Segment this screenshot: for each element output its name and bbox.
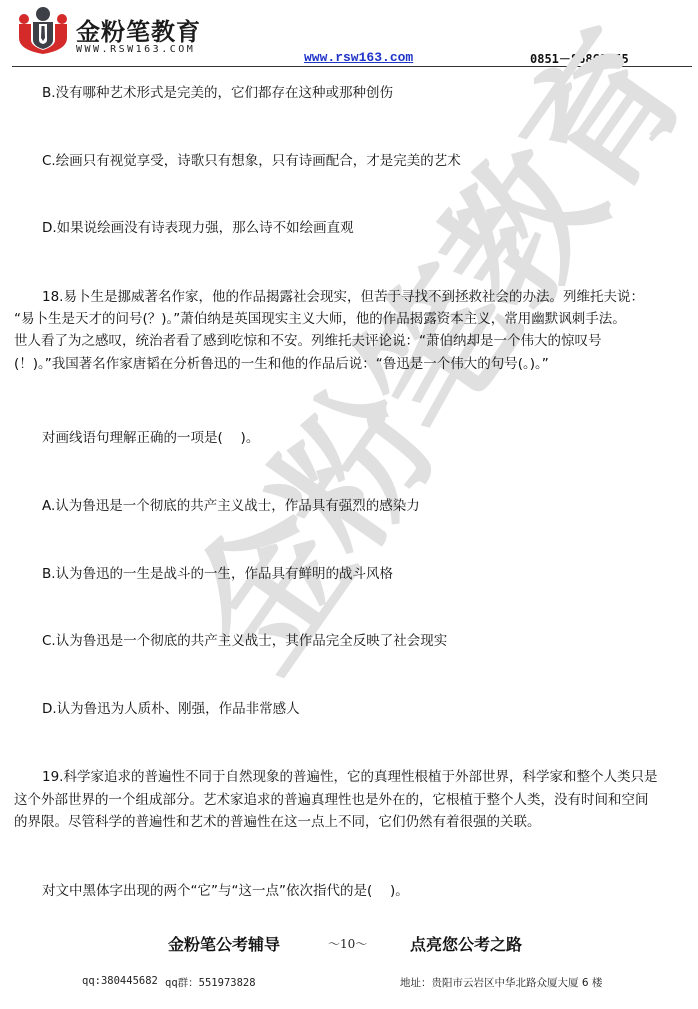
footer-left-title: 金粉笔公考辅导 xyxy=(168,932,280,955)
q19-passage-line: 19.科学家追求的普遍性不同于自然现象的普遍性，它的真理性根植于外部世界，科学家… xyxy=(42,766,657,788)
q18-passage-line: 世人看了为之感叹，统治者看了感到吃惊和不安。列维托夫评论说：“萧伯纳却是一个伟大… xyxy=(14,330,602,352)
qq-group-number: 551973828 xyxy=(199,977,256,989)
footer-qq-group: qq群：551973828 xyxy=(165,975,256,990)
q18-option-d: D.认为鲁迅为人质朴、刚强，作品非常感人 xyxy=(42,698,300,720)
qq-group-label: qq群： xyxy=(165,977,199,989)
footer-qq: qq:380445682 xyxy=(82,975,158,987)
site-link[interactable]: www.rsw163.com xyxy=(304,50,413,65)
q18-passage-line: “易卜生是天才的问号(？)。”萧伯纳是英国现实主义大师，他的作品揭露资本主义，常… xyxy=(14,308,626,330)
q18-option-b: B.认为鲁迅的一生是战斗的一生，作品具有鲜明的战斗风格 xyxy=(42,563,393,585)
q19-prompt: 对文中黑体字出现的两个“它”与“这一点”依次指代的是( )。 xyxy=(42,880,409,902)
page-number: ～10～ xyxy=(328,935,367,952)
brand-url: WWW.RSW163.COM xyxy=(76,44,195,55)
header-divider xyxy=(12,66,692,67)
footer-address: 地址：贵阳市云岩区中华北路众厦大厦 6 楼 xyxy=(400,975,602,990)
contact-phone: 0851－86861255 xyxy=(530,50,629,67)
q18-prompt: 对画线语句理解正确的一项是( )。 xyxy=(42,427,259,449)
q18-option-a: A.认为鲁迅是一个彻底的共产主义战士，作品具有强烈的感染力 xyxy=(42,495,420,517)
brand-name: 金粉笔教育 xyxy=(76,12,201,47)
q18-passage-line: (！)。”我国著名作家唐韬在分析鲁迅的一生和他的作品后说：“鲁迅是一个伟大的句号… xyxy=(14,353,549,375)
footer-right-title: 点亮您公考之路 xyxy=(410,932,522,955)
graduate-shield-logo-icon xyxy=(17,6,69,54)
q19-passage-line: 的界限。尽管科学的普遍性和艺术的普遍性在这一点上不同，它们仍然有着很强的关联。 xyxy=(14,811,541,833)
q19-passage-line: 这个外部世界的一个组成部分。艺术家追求的普遍真理性也是外在的，它根植于整个人类，… xyxy=(14,789,649,811)
q17-option-c: C.绘画只有视觉享受，诗歌只有想象，只有诗画配合，才是完美的艺术 xyxy=(42,150,461,172)
page-header: 金粉笔教育 WWW.RSW163.COM www.rsw163.com 0851… xyxy=(0,0,698,70)
q18-option-c: C.认为鲁迅是一个彻底的共产主义战士，其作品完全反映了社会现实 xyxy=(42,630,447,652)
q17-option-d: D.如果说绘画没有诗表现力强，那么诗不如绘画直观 xyxy=(42,217,354,239)
q18-passage-line: 18.易卜生是挪威著名作家，他的作品揭露社会现实，但苦于寻找不到拯救社会的办法。… xyxy=(42,286,644,308)
q17-option-b: B.没有哪种艺术形式是完美的，它们都存在这种或那种创伤 xyxy=(42,82,393,104)
